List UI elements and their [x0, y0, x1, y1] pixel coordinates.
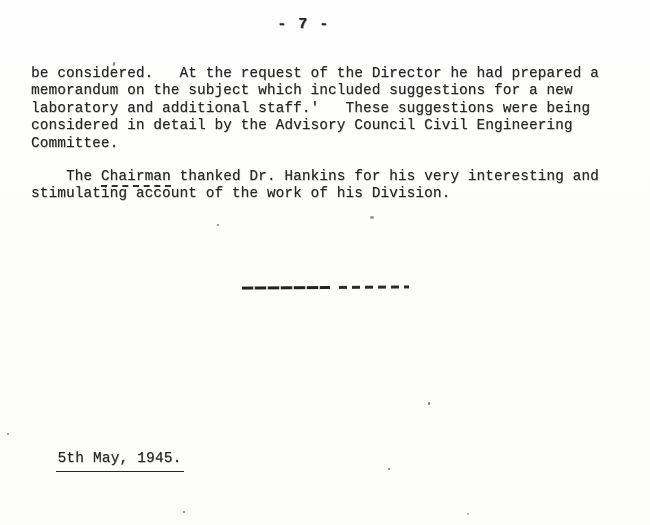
paragraph-main: be considered. At the request of the Dir…: [31, 66, 599, 153]
separator-segment-left: [242, 286, 330, 290]
paragraph-chairman: The Chairman thanked Dr. Hankins for his…: [31, 169, 599, 204]
text-line: stimulating account of the work of his D…: [31, 186, 599, 203]
date-line: 5th May, 1945.: [21, 434, 184, 489]
scan-speck: [428, 402, 431, 405]
separator-segment-right: [339, 285, 409, 288]
text-line: considered in detail by the Advisory Cou…: [31, 118, 599, 135]
text-line: Committee.: [31, 136, 599, 153]
scan-speck: [7, 433, 9, 435]
text-line: The Chairman thanked Dr. Hankins for his…: [31, 169, 599, 186]
scan-speck: [370, 216, 374, 219]
page-number: - 7 -: [0, 16, 607, 33]
chairman-underlined-text: Chairman: [101, 169, 171, 187]
scan-speck: [217, 224, 219, 226]
text-segment: thanked Dr. Hankins for his very interes…: [171, 169, 599, 185]
text-line: laboratory and additional staff.' These …: [31, 101, 599, 118]
document-page: - 7 - be considered. At the request of t…: [0, 0, 650, 525]
date-underlined-text: 5th May, 1945.: [56, 451, 184, 471]
scan-speck: [183, 511, 185, 513]
scan-speck: [467, 513, 469, 515]
separator-line: [242, 285, 412, 289]
text-line: be considered. At the request of the Dir…: [31, 66, 599, 83]
scan-speck: [388, 468, 390, 470]
text-line: memorandum on the subject which included…: [31, 83, 599, 100]
text-segment: The: [31, 169, 101, 185]
